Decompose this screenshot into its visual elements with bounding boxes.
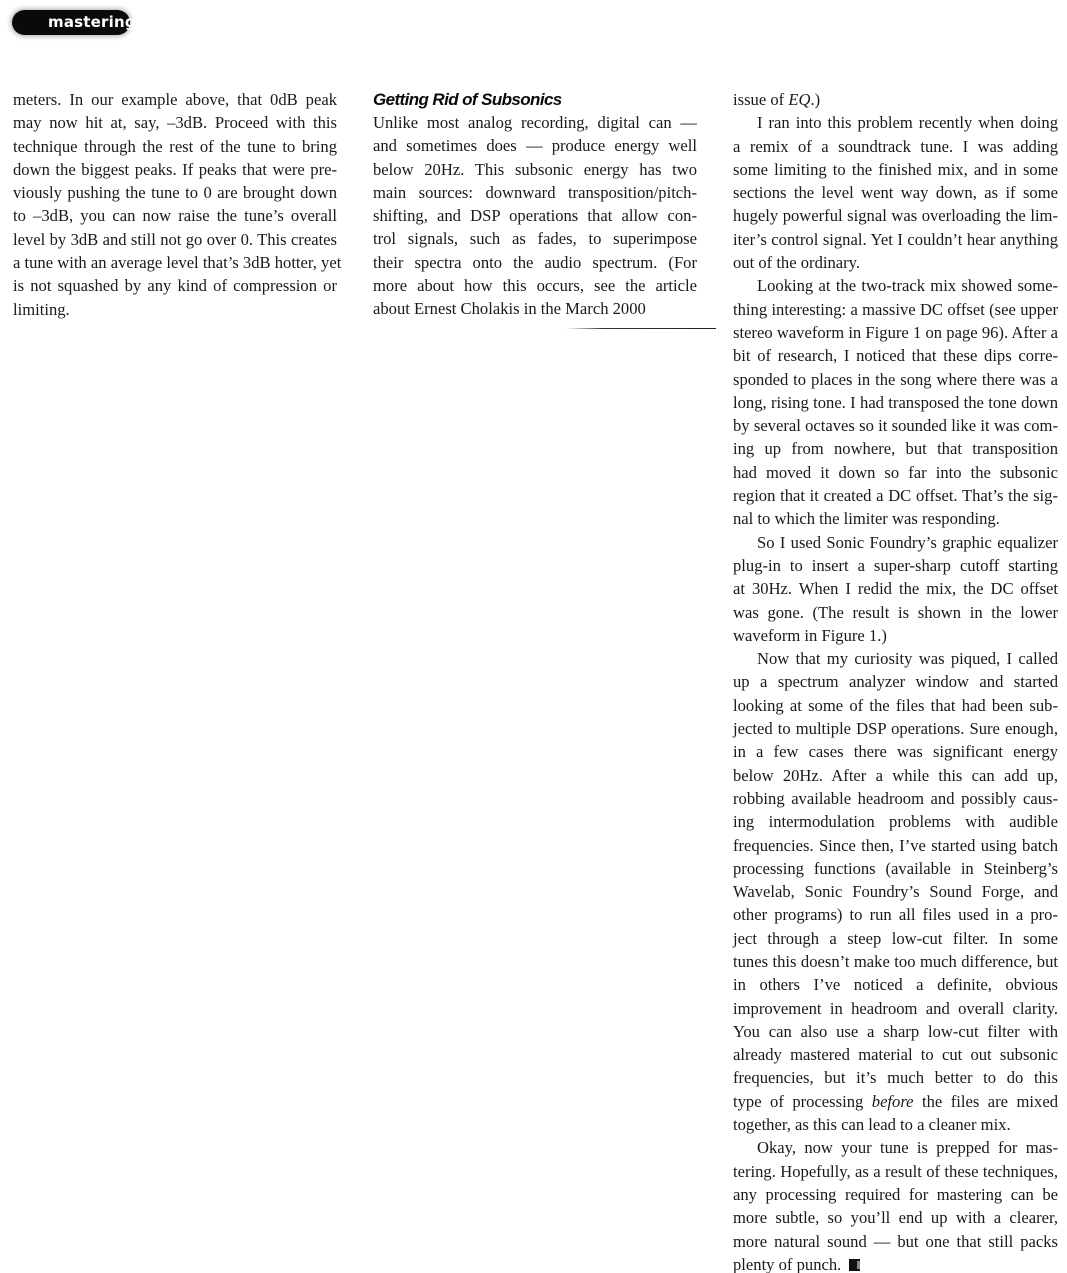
text-line: below 20Hz. After a while this can add u…	[733, 764, 1058, 787]
text-line: had moved it down so far into the subson…	[733, 461, 1058, 484]
text-line: was gone. (The result is shown in the lo…	[733, 601, 1058, 624]
text-line: other programs) to run all files used in…	[733, 903, 1058, 926]
text-line: Unlike most analog recording, digital ca…	[373, 111, 697, 134]
text-line: nal to which the limiter was responding.	[733, 507, 1058, 530]
column-1: meters. In our example above, that 0dB p…	[13, 88, 337, 321]
text-line: So I used Sonic Foundry’s graphic equali…	[733, 531, 1058, 554]
text-line: Looking at the two-track mix showed some…	[733, 274, 1058, 297]
text-line: is not squashed by any kind of compressi…	[13, 274, 337, 297]
text-line: in a few cases there was significant ene…	[733, 740, 1058, 763]
text-line: and sometimes does — produce energy well	[373, 134, 697, 157]
text-line: Now that my curiosity was piqued, I call…	[733, 647, 1058, 670]
text-line: some limiting to the finished mix, and i…	[733, 158, 1058, 181]
column-2: Getting Rid of Subsonics Unlike most ana…	[373, 88, 697, 321]
text-line: tunes this doesn’t make too much differe…	[733, 950, 1058, 973]
text-line: region that it created a DC offset. That…	[733, 484, 1058, 507]
paragraph: issue of EQ.)	[733, 88, 1058, 111]
text-line: trol signals, such as fades, to superimp…	[373, 227, 697, 250]
subhead: Getting Rid of Subsonics	[373, 88, 697, 111]
text-line: ing intermodulation problems with audibl…	[733, 810, 1058, 833]
paragraph: Unlike most analog recording, digital ca…	[373, 111, 697, 321]
text-line: more natural sound — but one that still …	[733, 1230, 1058, 1253]
paragraph: I ran into this problem recently when do…	[733, 111, 1058, 274]
text-line: bit of research, I noticed that these di…	[733, 344, 1058, 367]
text-line: hugely powerful signal was overloading t…	[733, 204, 1058, 227]
text-line: together, as this can lead to a cleaner …	[733, 1113, 1058, 1136]
text-line: looking at some of the files that had be…	[733, 694, 1058, 717]
text-line: up a spectrum analyzer window and starte…	[733, 670, 1058, 693]
italic-text: EQ	[788, 90, 810, 109]
text-line: long, rising tone. I had transposed the …	[733, 391, 1058, 414]
text-line: waveform in Figure 1.)	[733, 624, 1058, 647]
text-line: plug-in to insert a super-sharp cutoff s…	[733, 554, 1058, 577]
paragraph: Okay, now your tune is prepped for mas-t…	[733, 1136, 1058, 1273]
text-line: frequencies, but it’s much better to do …	[733, 1066, 1058, 1089]
paragraph: Now that my curiosity was piqued, I call…	[733, 647, 1058, 1136]
text-line: any processing required for mastering ca…	[733, 1183, 1058, 1206]
text-line: sections the level went way down, as if …	[733, 181, 1058, 204]
text-line: ject through a steep low-cut filter. In …	[733, 927, 1058, 950]
text-line: in others I’ve noticed a definite, obvio…	[733, 973, 1058, 996]
text-line: type of processing before the files are …	[733, 1090, 1058, 1113]
text-line: already mastered material to cut out sub…	[733, 1043, 1058, 1066]
text-line: below 20Hz. This subsonic energy has two	[373, 158, 697, 181]
text-line: jected to multiple DSP operations. Sure …	[733, 717, 1058, 740]
text-line: technique through the rest of the tune t…	[13, 135, 337, 158]
text-line: tering. Hopefully, as a result of these …	[733, 1160, 1058, 1183]
text-line: to –3dB, you can now raise the tune’s ov…	[13, 204, 337, 227]
text-line: may now hit at, say, –3dB. Proceed with …	[13, 111, 337, 134]
text-line: I ran into this problem recently when do…	[733, 111, 1058, 134]
text-line: limiting.	[13, 298, 337, 321]
text-line: more about how this occurs, see the arti…	[373, 274, 697, 297]
text-line: processing functions (available in Stein…	[733, 857, 1058, 880]
column-3: issue of EQ.)I ran into this problem rec…	[733, 88, 1058, 1273]
text-line: frequencies. Since then, I’ve started us…	[733, 834, 1058, 857]
text-line: out of the ordinary.	[733, 251, 1058, 274]
text-line: by several octaves so it sounded like it…	[733, 414, 1058, 437]
text-line: shifting, and DSP operations that allow …	[373, 204, 697, 227]
text-line: sponded to places in the song where ther…	[733, 368, 1058, 391]
paragraph: So I used Sonic Foundry’s graphic equali…	[733, 531, 1058, 647]
text-line: a tune with an average level that’s 3dB …	[13, 251, 337, 274]
column-end-rule	[566, 328, 716, 329]
text-line: You can also use a sharp low-cut filter …	[733, 1020, 1058, 1043]
text-line: a remix of a soundtrack tune. I was addi…	[733, 135, 1058, 158]
section-tab-label: mastering	[48, 13, 136, 31]
text-line: down the biggest peaks. If peaks that we…	[13, 158, 337, 181]
text-line: meters. In our example above, that 0dB p…	[13, 88, 337, 111]
text-line: iter’s control signal. Yet I couldn’t he…	[733, 228, 1058, 251]
text-line: thing interesting: a massive DC offset (…	[733, 298, 1058, 321]
paragraph: Looking at the two-track mix showed some…	[733, 274, 1058, 530]
text-line: main sources: downward transposition/pit…	[373, 181, 697, 204]
section-tab: mastering	[12, 10, 130, 35]
text-line: plenty of punch.	[733, 1253, 1058, 1273]
text-line: Wavelab, Sonic Foundry’s Sound Forge, an…	[733, 880, 1058, 903]
italic-text: before	[872, 1092, 914, 1111]
text-line: more subtle, so you’ll end up with a cle…	[733, 1206, 1058, 1229]
text-line: improvement in headroom and overall clar…	[733, 997, 1058, 1020]
text-line: viously pushing the tune to 0 are brough…	[13, 181, 337, 204]
end-of-article-icon	[849, 1259, 860, 1271]
text-line: robbing available headroom and possibly …	[733, 787, 1058, 810]
text-line: about Ernest Cholakis in the March 2000	[373, 297, 697, 320]
text-line: Okay, now your tune is prepped for mas-	[733, 1136, 1058, 1159]
text-line: their spectra onto the audio spectrum. (…	[373, 251, 697, 274]
text-line: level by 3dB and still not go over 0. Th…	[13, 228, 337, 251]
text-line: ing up from nowhere, but that transposit…	[733, 437, 1058, 460]
text-line: issue of EQ.)	[733, 88, 1058, 111]
text-line: stereo waveform in Figure 1 on page 96).…	[733, 321, 1058, 344]
paragraph: meters. In our example above, that 0dB p…	[13, 88, 337, 321]
text-line: at 30Hz. When I redid the mix, the DC of…	[733, 577, 1058, 600]
